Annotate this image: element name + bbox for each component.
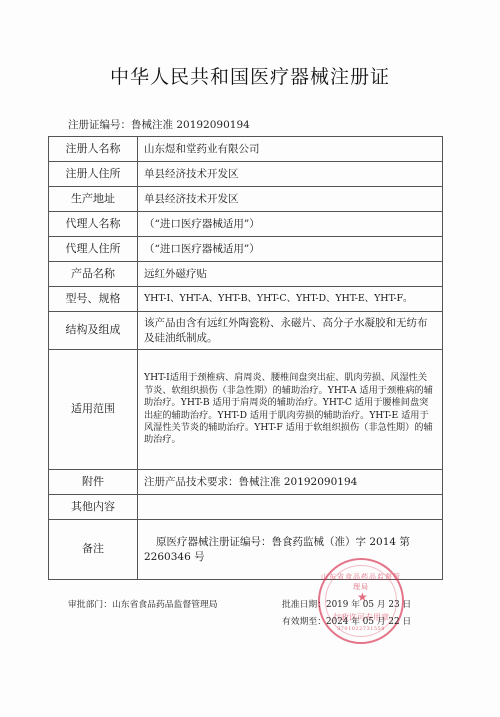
table-row-agent-address: 代理人住所 （“进口医疗器械适用”） <box>49 237 443 262</box>
row-label: 附件 <box>49 470 138 495</box>
table-row-structure: 结构及组成 该产品由含有远红外陶瓷粉、永磁片、高分子水凝胶和无纺布及硅油纸制成。 <box>49 312 443 350</box>
remark-line-1: 原医疗器械注册证编号：鲁食药监械（准）字 2014 第 <box>144 535 436 549</box>
row-value: 注册产品技术要求：鲁械注准 20192090194 <box>138 470 443 495</box>
registration-number: 注册证编号：鲁械注准 20192090194 <box>68 117 250 132</box>
table-row-agent-name: 代理人名称 （“进口医疗器械适用”） <box>49 212 443 237</box>
row-label: 生产地址 <box>49 187 138 212</box>
row-label: 备注 <box>49 520 138 580</box>
row-value: 山东煜和堂药业有限公司 <box>138 137 443 162</box>
remark-line-2: 2260346 号 <box>144 550 436 564</box>
row-value <box>138 495 443 520</box>
table-row-model-spec: 型号、规格 YHT-Ⅰ、YHT-A、YHT-B、YHT-C、YHT-D、YHT-… <box>49 287 443 312</box>
certificate-table: 注册人名称 山东煜和堂药业有限公司 注册人住所 单县经济技术开发区 生产地址 单… <box>48 136 443 580</box>
row-label: 型号、规格 <box>49 287 138 312</box>
row-value: （“进口医疗器械适用”） <box>138 212 443 237</box>
row-value: YHT-Ⅰ适用于颈椎病、肩周炎、腰椎间盘突出症、肌肉劳损、风湿性关节炎、软组织损… <box>138 350 443 470</box>
row-label: 代理人名称 <box>49 212 138 237</box>
valid-until-date: 有效期至：2024 年 05 月 22 日 <box>282 614 411 627</box>
row-value: YHT-Ⅰ、YHT-A、YHT-B、YHT-C、YHT-D、YHT-E、YHT-… <box>138 287 443 312</box>
row-value: 单县经济技术开发区 <box>138 187 443 212</box>
row-value: 远红外磁疗贴 <box>138 262 443 287</box>
row-label: 注册人住所 <box>49 162 138 187</box>
row-label: 代理人住所 <box>49 237 138 262</box>
row-label: 注册人名称 <box>49 137 138 162</box>
seal-arc-text: 山东省食品药品监督管理局 <box>320 572 402 592</box>
table-row-scope: 适用范围 YHT-Ⅰ适用于颈椎病、肩周炎、腰椎间盘突出症、肌肉劳损、风湿性关节炎… <box>49 350 443 470</box>
certificate-title: 中华人民共和国医疗器械注册证 <box>0 62 500 89</box>
table-row-other: 其他内容 <box>49 495 443 520</box>
registration-number-label: 注册证编号： <box>68 119 131 131</box>
table-row-product-name: 产品名称 远红外磁疗贴 <box>49 262 443 287</box>
row-value: 该产品由含有远红外陶瓷粉、永磁片、高分子水凝胶和无纺布及硅油纸制成。 <box>138 312 443 350</box>
table-row-production-address: 生产地址 单县经济技术开发区 <box>49 187 443 212</box>
approval-date: 批准日期：2019 年 05 月 23 日 <box>282 597 411 610</box>
row-value: （“进口医疗器械适用”） <box>138 237 443 262</box>
row-value: 单县经济技术开发区 <box>138 162 443 187</box>
row-value: 原医疗器械注册证编号：鲁食药监械（准）字 2014 第 2260346 号 <box>138 520 443 580</box>
table-row-registrant-address: 注册人住所 单县经济技术开发区 <box>49 162 443 187</box>
row-label: 其他内容 <box>49 495 138 520</box>
row-label: 结构及组成 <box>49 312 138 350</box>
table-row-attachment: 附件 注册产品技术要求：鲁械注准 20192090194 <box>49 470 443 495</box>
row-label: 适用范围 <box>49 350 138 470</box>
approval-department: 审批部门：山东省食品药品监督管理局 <box>68 597 218 610</box>
certificate-page: 中华人民共和国医疗器械注册证 注册证编号：鲁械注准 20192090194 注册… <box>0 0 500 717</box>
table-row-registrant-name: 注册人名称 山东煜和堂药业有限公司 <box>49 137 443 162</box>
row-label: 产品名称 <box>49 262 138 287</box>
registration-number-value: 鲁械注准 20192090194 <box>131 119 250 131</box>
